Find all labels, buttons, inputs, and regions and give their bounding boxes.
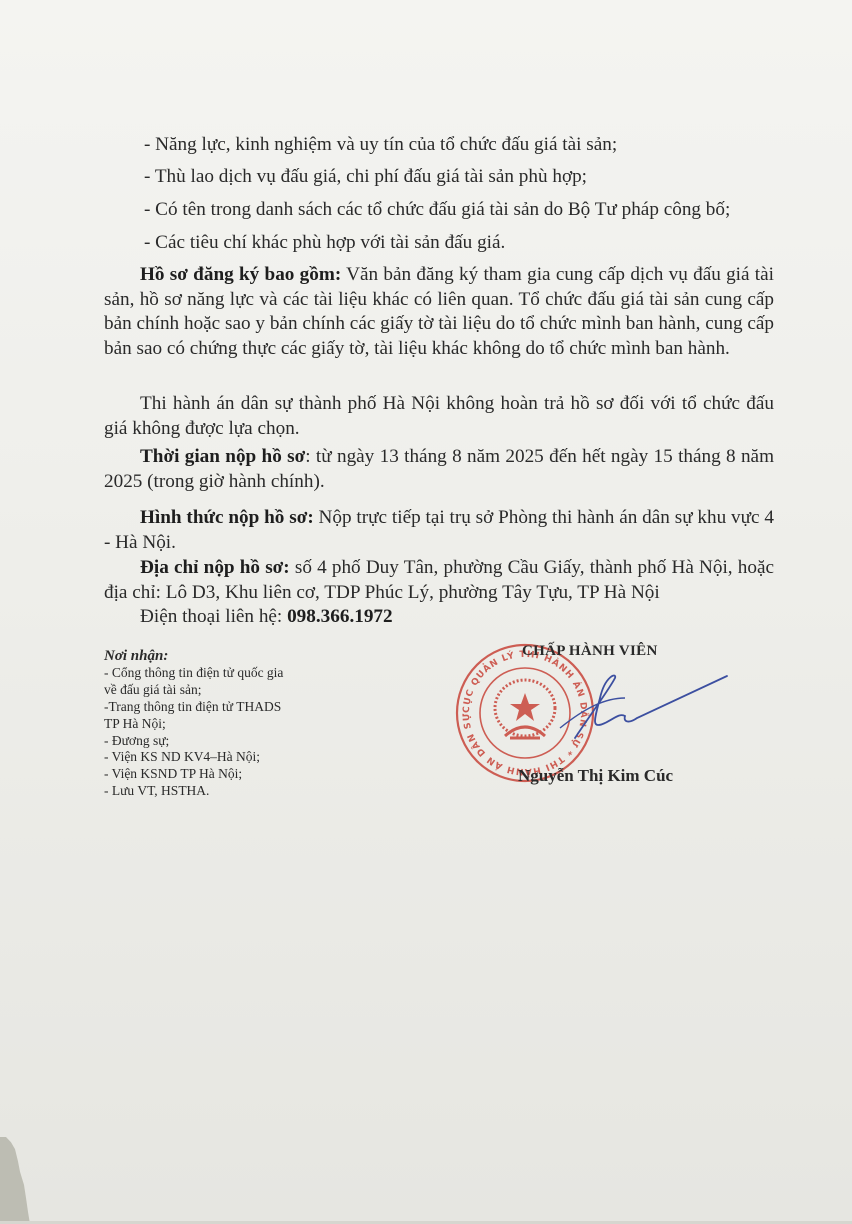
recipient-item: - Viện KS ND KV4–Hà Nội; <box>104 749 344 766</box>
criterion-3: - Có tên trong danh sách các tổ chức đấu… <box>144 199 730 221</box>
submission-time-paragraph: Thời gian nộp hồ sơ: từ ngày 13 tháng 8 … <box>104 445 774 494</box>
contact-paragraph: Điện thoại liên hệ: 098.366.1972 <box>104 605 774 630</box>
signer-name: Nguyễn Thị Kim Cúc <box>518 766 673 786</box>
handwritten-signature-icon <box>555 668 735 748</box>
recipient-item: - Đương sự; <box>104 733 344 750</box>
recipient-item: về đấu giá tài sản; <box>104 682 344 699</box>
recipient-item: - Viện KSND TP Hà Nội; <box>104 766 344 783</box>
recipient-item: - Lưu VT, HSTHA. <box>104 783 344 800</box>
torn-corner <box>0 1137 50 1224</box>
submission-address-paragraph: Địa chỉ nộp hồ sơ: số 4 phố Duy Tân, phư… <box>104 556 774 605</box>
document-page: - Năng lực, kinh nghiệm và uy tín của tổ… <box>0 0 852 1224</box>
contact-phone: 098.366.1972 <box>287 606 393 627</box>
criterion-1: - Năng lực, kinh nghiệm và uy tín của tổ… <box>144 134 617 156</box>
recipients-block: Nơi nhận: - Cổng thông tin điện tử quốc … <box>104 648 344 800</box>
submission-time-label: Thời gian nộp hồ sơ <box>140 446 305 467</box>
criterion-4: - Các tiêu chí khác phù hợp với tài sản … <box>144 232 505 254</box>
dossier-paragraph: Hồ sơ đăng ký bao gồm: Văn bản đăng ký t… <box>104 263 774 361</box>
submission-method-label: Hình thức nộp hồ sơ: <box>140 507 314 528</box>
criterion-2: - Thù lao dịch vụ đấu giá, chi phí đấu g… <box>144 166 587 188</box>
submission-method-paragraph: Hình thức nộp hồ sơ: Nộp trực tiếp tại t… <box>104 506 774 555</box>
contact-label: Điện thoại liên hệ: <box>140 606 287 627</box>
dossier-label: Hồ sơ đăng ký bao gồm: <box>140 264 341 285</box>
signer-title: CHẤP HÀNH VIÊN <box>522 643 658 660</box>
recipient-item: -Trang thông tin điện tử THADS <box>104 699 344 716</box>
submission-address-label: Địa chỉ nộp hồ sơ: <box>140 557 290 578</box>
recipients-title: Nơi nhận: <box>104 648 344 665</box>
recipient-item: - Cổng thông tin điện tử quốc gia <box>104 665 344 682</box>
recipient-item: TP Hà Nội; <box>104 716 344 733</box>
no-return-paragraph: Thi hành án dân sự thành phố Hà Nội khôn… <box>104 392 774 441</box>
